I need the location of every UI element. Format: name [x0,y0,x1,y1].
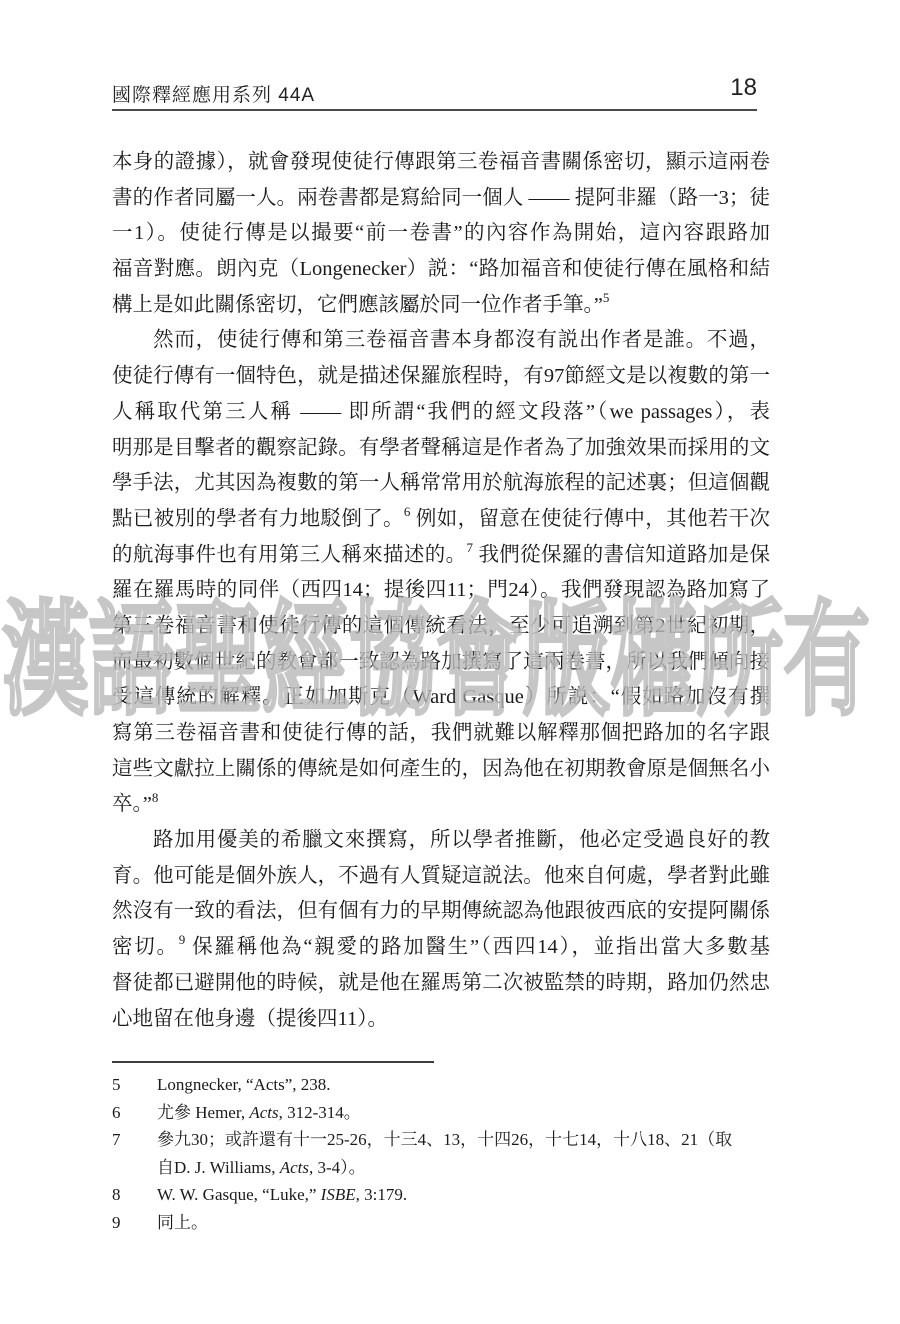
footnote-text: 參九30；或許還有十一25-26，十三4、13，十四26，十七14，十八18、2… [157,1126,772,1181]
footnote-ref-7: 7 [466,540,473,555]
footnote-number: 8 [112,1181,157,1209]
footnote-ref-8: 8 [152,790,159,805]
footnote-text: 同上。 [157,1209,772,1237]
body-line: 然而，使徒行傳和第三卷福音書本身都沒有説出作者是誰。不過， [112,323,770,359]
footnote-number: 6 [112,1099,157,1127]
paragraph-3: 路加用優美的希臘文來撰寫，所以學者推斷，他必定受過良好的教 育。他可能是個外族人… [112,823,770,1037]
footnote-7: 7 參九30；或許還有十一25-26，十三4、13，十四26，十七14，十八18… [112,1126,772,1181]
paragraph-2: 然而，使徒行傳和第三卷福音書本身都沒有説出作者是誰。不過， 使徒行傳有一個特色，… [112,323,770,823]
body-line: 心地留在他身邊（提後四11）。 [112,1002,770,1038]
body-line: 寫第三卷福音書和使徒行傳的話，我們就難以解釋那個把路加的名字跟 [112,716,770,752]
footnote-ref-5: 5 [603,290,610,305]
footnote-text: 尤參 Hemer, Acts, 312-314。 [157,1099,772,1127]
footnote-8: 8 W. W. Gasque, “Luke,” ISBE, 3:179. [112,1181,772,1209]
footnote-number: 5 [112,1071,157,1099]
footnote-text: W. W. Gasque, “Luke,” ISBE, 3:179. [157,1181,772,1209]
body-line: 一1）。使徒行傳是以撮要“前一卷書”的內容作為開始，這內容跟路加 [112,216,770,252]
footnote-line: 參九30；或許還有十一25-26，十三4、13，十四26，十七14，十八18、2… [157,1126,772,1154]
body-line: 育。他可能是個外族人，不過有人質疑這説法。他來自何處，學者對此雖 [112,859,770,895]
body-line: 使徒行傳有一個特色，就是描述保羅旅程時，有97節經文是以複數的第一 [112,359,770,395]
body-line: 這些文獻拉上關係的傳統是如何產生的，因為他在初期教會原是個無名小 [112,752,770,788]
body-line: 羅在羅馬時的同伴（西四14；提後四11；門24）。我們發現認為路加寫了 [112,573,770,609]
footnotes: 5 Longnecker, “Acts”, 238. 6 尤參 Hemer, A… [112,1071,772,1236]
body-line: 而最初數個世紀的教會都一致認為路加撰寫了這兩卷書，所以我們傾向接 [112,645,770,681]
body-line: 卒。”8 [112,787,770,823]
footnote-text: Longnecker, “Acts”, 238. [157,1071,772,1099]
body-line: 路加用優美的希臘文來撰寫，所以學者推斷，他必定受過良好的教 [112,823,770,859]
paragraph-1: 本身的證據），就會發現使徒行傳跟第三卷福音書關係密切，顯示這兩卷 書的作者同屬一… [112,145,770,323]
body-line: 書的作者同屬一人。兩卷書都是寫給同一個人 —— 提阿非羅（路一3；徒 [112,181,770,217]
footnote-line: 自D. J. Williams, Acts, 3-4）。 [157,1154,772,1182]
body-line: 的航海事件也有用第三人稱來描述的。7 我們從保羅的書信知道路加是保 [112,538,770,574]
header-rule [112,109,757,111]
series-title: 國際釋經應用系列 44A [112,80,315,107]
body-line: 構上是如此關係密切，它們應該屬於同一位作者手筆。”5 [112,288,770,324]
body-line: 人稱取代第三人稱 —— 即所謂“我們的經文段落”（we passages），表 [112,395,770,431]
footnote-ref-9: 9 [179,932,186,947]
footnote-number: 7 [112,1126,157,1181]
body-line: 受這傳統的解釋。正如加斯克（Ward Gasque）所説：“假如路加沒有撰 [112,680,770,716]
body-line: 明那是目擊者的觀察記錄。有學者聲稱這是作者為了加強效果而採用的文 [112,431,770,467]
footnote-6: 6 尤參 Hemer, Acts, 312-314。 [112,1099,772,1127]
footnote-5: 5 Longnecker, “Acts”, 238. [112,1071,772,1099]
body-line: 然沒有一致的看法，但有個有力的早期傳統認為他跟彼西底的安提阿關係 [112,894,770,930]
body-line: 密切。9 保羅稱他為“親愛的路加醫生”（西四14），並指出當大多數基 [112,930,770,966]
body-text: 本身的證據），就會發現使徒行傳跟第三卷福音書關係密切，顯示這兩卷 書的作者同屬一… [112,145,770,1037]
body-line: 第三卷福音書和使徒行傳的這個傳統看法，至少可追溯到第2世紀初期， [112,609,770,645]
footnote-separator [112,1061,434,1063]
body-line: 福音對應。朗內克（Longenecker）説：“路加福音和使徒行傳在風格和結 [112,252,770,288]
footnote-ref-6: 6 [404,504,411,519]
body-line: 點已被別的學者有力地駁倒了。6 例如，留意在使徒行傳中，其他若干次 [112,502,770,538]
footnote-9: 9 同上。 [112,1209,772,1237]
body-line: 本身的證據），就會發現使徒行傳跟第三卷福音書關係密切，顯示這兩卷 [112,145,770,181]
page-number: 18 [730,74,757,102]
body-line: 督徒都已避開他的時候，就是他在羅馬第二次被監禁的時期，路加仍然忠 [112,966,770,1002]
footnote-number: 9 [112,1209,157,1237]
body-line: 學手法，尤其因為複數的第一人稱常常用於航海旅程的記述裏；但這個觀 [112,466,770,502]
book-page: 國際釋經應用系列 44A 18 本身的證據），就會發現使徒行傳跟第三卷福音書關係… [0,0,900,1324]
